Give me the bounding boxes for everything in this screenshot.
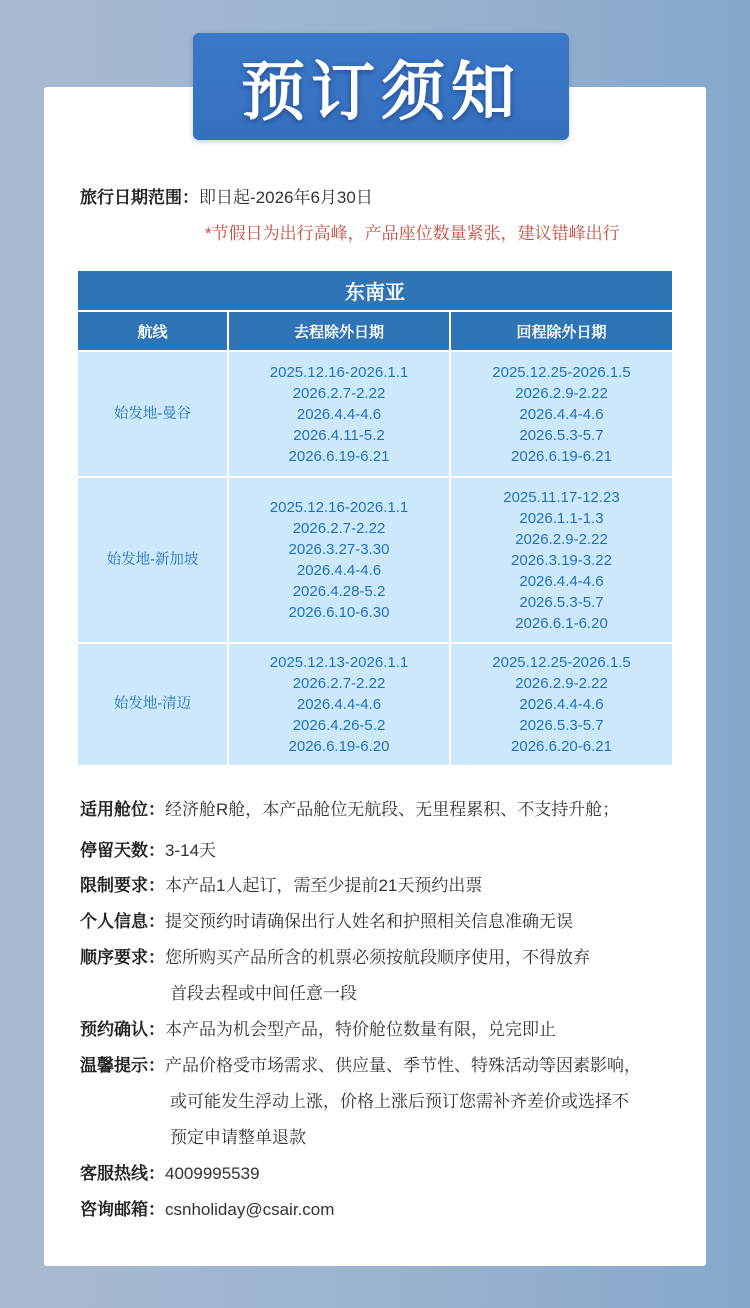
outbound-cell: 2025.12.16-2026.1.1 2026.2.7-2.22 2026.3… — [229, 478, 449, 642]
date-range: 2026.6.19-6.20 — [289, 736, 390, 757]
tips-value-cont: 或可能发生浮动上涨，价格上涨后预订您需补齐差价或选择不 — [170, 1092, 629, 1111]
cabin-value: 经济舱R舱，本产品舱位无航段、无里程累积、不支持升舱； — [165, 800, 619, 819]
route-cell: 始发地-曼谷 — [78, 352, 227, 476]
confirm-row: 预约确认：本产品为机会型产品，特价舱位数量有限，兑完即止 — [80, 1018, 556, 1042]
cabin-row: 适用舱位：经济舱R舱，本产品舱位无航段、无里程累积、不支持升舱； — [80, 798, 619, 822]
confirm-value: 本产品为机会型产品，特价舱位数量有限，兑完即止 — [165, 1020, 556, 1039]
outbound-cell: 2025.12.13-2026.1.1 2026.2.7-2.22 2026.4… — [229, 644, 449, 765]
personal-info-row: 个人信息：提交预约时请确保出行人姓名和护照相关信息准确无误 — [80, 910, 573, 934]
date-range: 2025.12.25-2026.1.5 — [492, 652, 630, 673]
date-range: 2026.3.27-3.30 — [289, 539, 390, 560]
order-value: 您所购买产品所含的机票必须按航段顺序使用，不得放弃 — [165, 948, 590, 967]
date-range: 2026.6.19-6.21 — [511, 446, 612, 467]
date-range: 2026.5.3-5.7 — [519, 592, 603, 613]
date-range: 2025.12.13-2026.1.1 — [270, 652, 408, 673]
personal-info-value: 提交预约时请确保出行人姓名和护照相关信息准确无误 — [165, 912, 573, 931]
date-range: 2026.6.1-6.20 — [515, 613, 608, 634]
date-range: 2025.11.17-12.23 — [503, 487, 620, 508]
date-range: 2026.4.4-4.6 — [297, 694, 381, 715]
travel-range-label: 旅行日期范围： — [80, 188, 199, 207]
date-range: 2026.2.9-2.22 — [515, 383, 608, 404]
date-range: 2026.5.3-5.7 — [519, 425, 603, 446]
stay-value: 3-14天 — [165, 841, 216, 860]
date-range: 2026.4.4-4.6 — [519, 404, 603, 425]
order-row: 顺序要求：您所购买产品所含的机票必须按航段顺序使用，不得放弃 — [80, 946, 590, 970]
email-label: 咨询邮箱： — [80, 1200, 165, 1219]
tips-row-cont: 或可能发生浮动上涨，价格上涨后预订您需补齐差价或选择不 — [170, 1090, 629, 1114]
title-banner: 预订须知 — [193, 33, 569, 140]
inbound-cell: 2025.11.17-12.23 2026.1.1-1.3 2026.2.9-2… — [451, 478, 672, 642]
date-range: 2026.6.10-6.30 — [289, 602, 390, 623]
header-route: 航线 — [78, 312, 227, 350]
table-row: 始发地-清迈 2025.12.13-2026.1.1 2026.2.7-2.22… — [78, 644, 672, 765]
order-value-cont: 首段去程或中间任意一段 — [170, 984, 357, 1003]
date-range: 2026.5.3-5.7 — [519, 715, 603, 736]
limit-value: 本产品1人起订，需至少提前21天预约出票 — [165, 876, 482, 895]
order-row-cont: 首段去程或中间任意一段 — [170, 982, 357, 1006]
date-range: 2026.4.4-4.6 — [297, 404, 381, 425]
header-outbound: 去程除外日期 — [229, 312, 449, 350]
inbound-cell: 2025.12.25-2026.1.5 2026.2.9-2.22 2026.4… — [451, 644, 672, 765]
date-range: 2026.1.1-1.3 — [519, 508, 603, 529]
header-inbound: 回程除外日期 — [451, 312, 672, 350]
limit-label: 限制要求： — [80, 876, 165, 895]
hotline-row: 客服热线：4009995539 — [80, 1162, 260, 1186]
date-range: 2026.4.4-4.6 — [297, 560, 381, 581]
confirm-label: 预约确认： — [80, 1020, 165, 1039]
date-range: 2026.2.7-2.22 — [293, 383, 386, 404]
cabin-label: 适用舱位： — [80, 800, 165, 819]
limit-row: 限制要求：本产品1人起订，需至少提前21天预约出票 — [80, 874, 482, 898]
hotline-value[interactable]: 4009995539 — [165, 1164, 260, 1183]
table-header-row: 航线 去程除外日期 回程除外日期 — [78, 312, 672, 350]
exclusion-dates-table: 东南亚 航线 去程除外日期 回程除外日期 始发地-曼谷 2025.12.16-2… — [78, 271, 672, 765]
email-row: 咨询邮箱：csnholiday@csair.com — [80, 1198, 334, 1222]
table-region-title: 东南亚 — [78, 271, 672, 310]
date-range: 2026.2.7-2.22 — [293, 518, 386, 539]
order-label: 顺序要求： — [80, 948, 165, 967]
date-range: 2026.2.9-2.22 — [515, 529, 608, 550]
tips-value-cont2: 预定申请整单退款 — [170, 1128, 306, 1147]
date-range: 2025.12.25-2026.1.5 — [492, 362, 630, 383]
table-row: 始发地-新加坡 2025.12.16-2026.1.1 2026.2.7-2.2… — [78, 478, 672, 642]
route-cell: 始发地-新加坡 — [78, 478, 227, 642]
peak-warning: *节假日为出行高峰，产品座位数量紧张，建议错峰出行 — [205, 222, 620, 246]
stay-label: 停留天数： — [80, 841, 165, 860]
date-range: 2026.4.26-5.2 — [293, 715, 386, 736]
tips-row: 温馨提示：产品价格受市场需求、供应量、季节性、特殊活动等因素影响， — [80, 1054, 641, 1078]
date-range: 2026.4.28-5.2 — [293, 581, 386, 602]
date-range: 2026.2.7-2.22 — [293, 673, 386, 694]
tips-label: 温馨提示： — [80, 1056, 165, 1075]
route-cell: 始发地-清迈 — [78, 644, 227, 765]
travel-range-value: 即日起-2026年6月30日 — [199, 188, 373, 207]
page-title: 预订须知 — [241, 41, 521, 133]
date-range: 2026.3.19-3.22 — [511, 550, 612, 571]
date-range: 2026.4.4-4.6 — [519, 571, 603, 592]
hotline-label: 客服热线： — [80, 1164, 165, 1183]
inbound-cell: 2025.12.25-2026.1.5 2026.2.9-2.22 2026.4… — [451, 352, 672, 476]
date-range: 2026.6.19-6.21 — [289, 446, 390, 467]
date-range: 2025.12.16-2026.1.1 — [270, 497, 408, 518]
tips-row-cont2: 预定申请整单退款 — [170, 1126, 306, 1150]
date-range: 2026.4.4-4.6 — [519, 694, 603, 715]
travel-range-row: 旅行日期范围：即日起-2026年6月30日 — [80, 186, 373, 210]
personal-info-label: 个人信息： — [80, 912, 165, 931]
tips-value: 产品价格受市场需求、供应量、季节性、特殊活动等因素影响， — [165, 1056, 641, 1075]
table-row: 始发地-曼谷 2025.12.16-2026.1.1 2026.2.7-2.22… — [78, 352, 672, 476]
date-range: 2025.12.16-2026.1.1 — [270, 362, 408, 383]
stay-row: 停留天数：3-14天 — [80, 839, 216, 863]
outbound-cell: 2025.12.16-2026.1.1 2026.2.7-2.22 2026.4… — [229, 352, 449, 476]
date-range: 2026.2.9-2.22 — [515, 673, 608, 694]
email-value[interactable]: csnholiday@csair.com — [165, 1200, 334, 1219]
date-range: 2026.4.11-5.2 — [293, 425, 384, 446]
date-range: 2026.6.20-6.21 — [511, 736, 612, 757]
